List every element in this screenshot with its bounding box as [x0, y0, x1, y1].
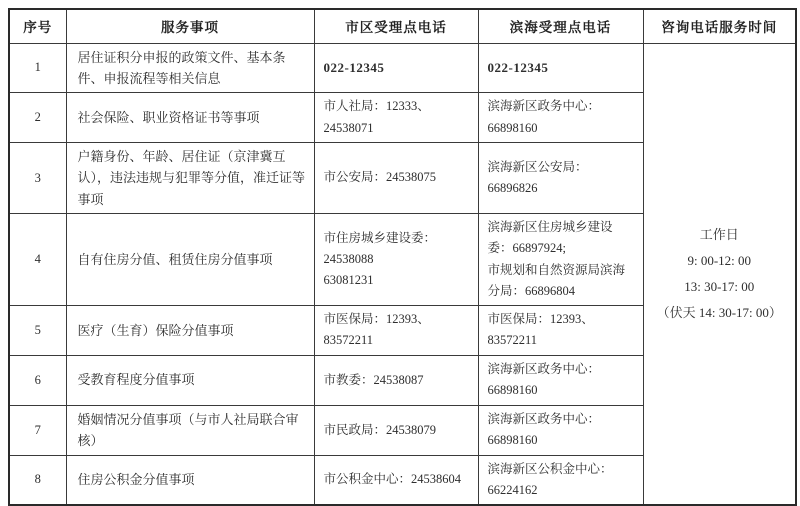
- binhai-phone: 滨海新区政务中心： 66898160: [478, 93, 643, 143]
- city-phone: 市教委：24538087: [314, 355, 478, 405]
- col-header-schedule: 咨询电话服务时间: [643, 9, 796, 43]
- service-item: 医疗（生育）保险分值事项: [66, 306, 314, 356]
- city-phone: 市医保局：12393、 83572211: [314, 306, 478, 356]
- binhai-phone: 市医保局：12393、 83572211: [478, 306, 643, 356]
- service-item: 户籍身份、年龄、居住证（京津冀互认），违法违规与犯罪等分值，准迁证等事项: [66, 142, 314, 213]
- row-number: 1: [9, 43, 66, 93]
- city-phone: 市公积金中心：24538604: [314, 455, 478, 505]
- row-number: 3: [9, 142, 66, 213]
- city-phone: 市人社局：12333、 24538071: [314, 93, 478, 143]
- col-header-city-phone: 市区受理点电话: [314, 9, 478, 43]
- service-item: 婚姻情况分值事项（与市人社局联合审核）: [66, 405, 314, 455]
- city-phone: 022-12345: [314, 43, 478, 93]
- page: 序号 服务事项 市区受理点电话 滨海受理点电话 咨询电话服务时间 1 居住证积分…: [0, 0, 800, 462]
- binhai-phone: 滨海新区公积金中心： 66224162: [478, 455, 643, 505]
- binhai-phone: 滨海新区政务中心： 66898160: [478, 405, 643, 455]
- binhai-phone: 滨海新区公安局： 66896826: [478, 142, 643, 213]
- service-item: 社会保险、职业资格证书等事项: [66, 93, 314, 143]
- row-number: 2: [9, 93, 66, 143]
- service-item: 受教育程度分值事项: [66, 355, 314, 405]
- service-item: 居住证积分申报的政策文件、基本条件、申报流程等相关信息: [66, 43, 314, 93]
- row-number: 6: [9, 355, 66, 405]
- col-header-service: 服务事项: [66, 9, 314, 43]
- col-header-index: 序号: [9, 9, 66, 43]
- service-item: 自有住房分值、租赁住房分值事项: [66, 214, 314, 306]
- city-phone: 市住房城乡建设委： 24538088 63081231: [314, 214, 478, 306]
- binhai-phone: 022-12345: [478, 43, 643, 93]
- table-row: 1 居住证积分申报的政策文件、基本条件、申报流程等相关信息 022-12345 …: [9, 43, 796, 93]
- row-number: 7: [9, 405, 66, 455]
- city-phone: 市公安局：24538075: [314, 142, 478, 213]
- row-number: 8: [9, 455, 66, 505]
- consult-schedule: 工作日 9: 00-12: 00 13: 30-17: 00 （伏天 14: 3…: [643, 43, 796, 505]
- row-number: 5: [9, 306, 66, 356]
- row-number: 4: [9, 214, 66, 306]
- service-item: 住房公积金分值事项: [66, 455, 314, 505]
- binhai-phone: 滨海新区政务中心： 66898160: [478, 355, 643, 405]
- binhai-phone: 滨海新区住房城乡建设 委：66897924; 市规划和自然资源局滨海 分局：66…: [478, 214, 643, 306]
- header-row: 序号 服务事项 市区受理点电话 滨海受理点电话 咨询电话服务时间: [9, 9, 796, 43]
- city-phone: 市民政局：24538079: [314, 405, 478, 455]
- service-phone-table: 序号 服务事项 市区受理点电话 滨海受理点电话 咨询电话服务时间 1 居住证积分…: [8, 8, 797, 506]
- col-header-binhai-phone: 滨海受理点电话: [478, 9, 643, 43]
